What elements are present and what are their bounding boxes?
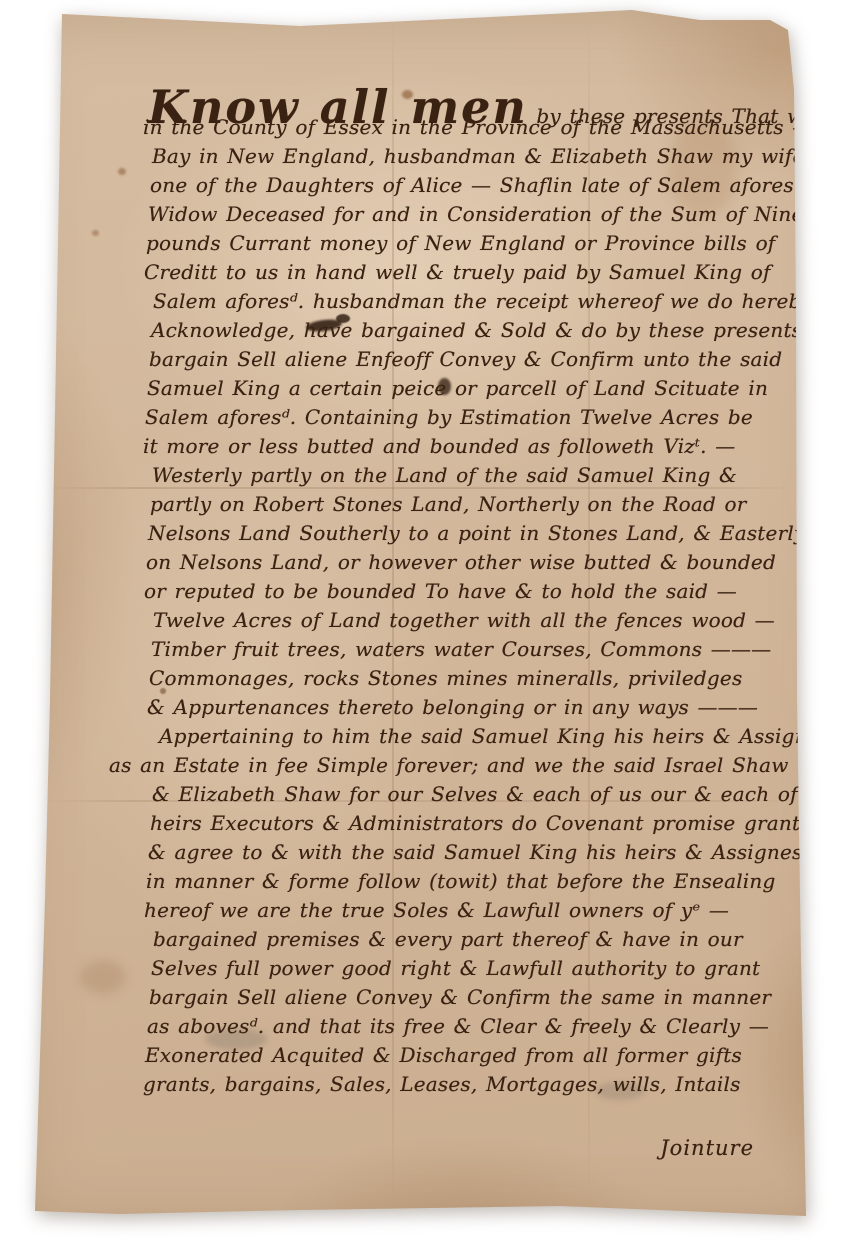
manuscript-line: hereof we are the true Soles & Lawfull o… (144, 896, 780, 925)
fox-spot (118, 168, 126, 175)
manuscript-line: it more or less butted and bounded as fo… (143, 432, 779, 461)
manuscript-line: Samuel King a certain peice or parcell o… (147, 374, 783, 403)
manuscript-line: Creditt to us in hand well & truely paid… (144, 258, 780, 287)
manuscript-line: Selves full power good right & Lawfull a… (151, 954, 787, 983)
manuscript-line: or reputed to be bounded To have & to ho… (144, 577, 780, 606)
manuscript-line: Westerly partly on the Land of the said … (152, 461, 788, 490)
manuscript-line: Widow Deceased for and in Consideration … (148, 200, 784, 229)
paper-stain (80, 960, 126, 994)
manuscript-line: in manner & forme follow (towit) that be… (146, 867, 782, 896)
manuscript-opening-line: Know all men by these presents That we I… (148, 82, 784, 111)
manuscript-line: Twelve Acres of Land together with all t… (153, 606, 789, 635)
manuscript-text: Know all men by these presents That we I… (148, 82, 784, 1099)
manuscript-line: Salem aforesᵈ. Containing by Estimation … (145, 403, 781, 432)
manuscript-page: Know all men by these presents That we I… (0, 0, 846, 1242)
manuscript-line: on Nelsons Land, or however other wise b… (146, 548, 782, 577)
manuscript-line: Timber fruit trees, waters water Courses… (151, 635, 787, 664)
manuscript-line: bargain Sell aliene Convey & Confirm the… (149, 983, 785, 1012)
manuscript-line: Acknowledge, have bargained & Sold & do … (151, 316, 787, 345)
manuscript-line: & Appurtenances thereto belonging or in … (147, 693, 783, 722)
manuscript-line: Bay in New England, husbandman & Elizabe… (152, 142, 788, 171)
manuscript-line: heirs Executors & Administrators do Cove… (150, 809, 786, 838)
document-photo: Know all men by these presents That we I… (0, 0, 846, 1242)
manuscript-line: & agree to & with the said Samuel King h… (148, 838, 784, 867)
manuscript-line: partly on Robert Stones Land, Northerly … (150, 490, 786, 519)
manuscript-line: as an Estate in fee Simple forever; and … (109, 751, 745, 780)
manuscript-line: Salem aforesᵈ. husbandman the receipt wh… (153, 287, 789, 316)
manuscript-line: in the County of Essex in the Province o… (143, 113, 779, 142)
manuscript-line: bargain Sell aliene Enfeoff Convey & Con… (149, 345, 785, 374)
manuscript-line: Appertaining to him the said Samuel King… (159, 722, 795, 751)
manuscript-line: Commonages, rocks Stones mines mineralls… (149, 664, 785, 693)
manuscript-line: Exonerated Acquited & Discharged from al… (145, 1041, 781, 1070)
catchword: Jointure (660, 1136, 754, 1160)
fox-spot (92, 230, 99, 236)
manuscript-line: pounds Currant money of New England or P… (146, 229, 782, 258)
manuscript-line: as abovesᵈ. and that its free & Clear & … (147, 1012, 783, 1041)
manuscript-line: & Elizabeth Shaw for our Selves & each o… (152, 780, 788, 809)
manuscript-lines: in the County of Essex in the Province o… (148, 113, 784, 1099)
manuscript-line: bargained premises & every part thereof … (153, 925, 789, 954)
manuscript-line: Nelsons Land Southerly to a point in Sto… (148, 519, 784, 548)
manuscript-line: grants, bargains, Sales, Leases, Mortgag… (143, 1070, 779, 1099)
manuscript-line: one of the Daughters of Alice — Shaflin … (150, 171, 786, 200)
